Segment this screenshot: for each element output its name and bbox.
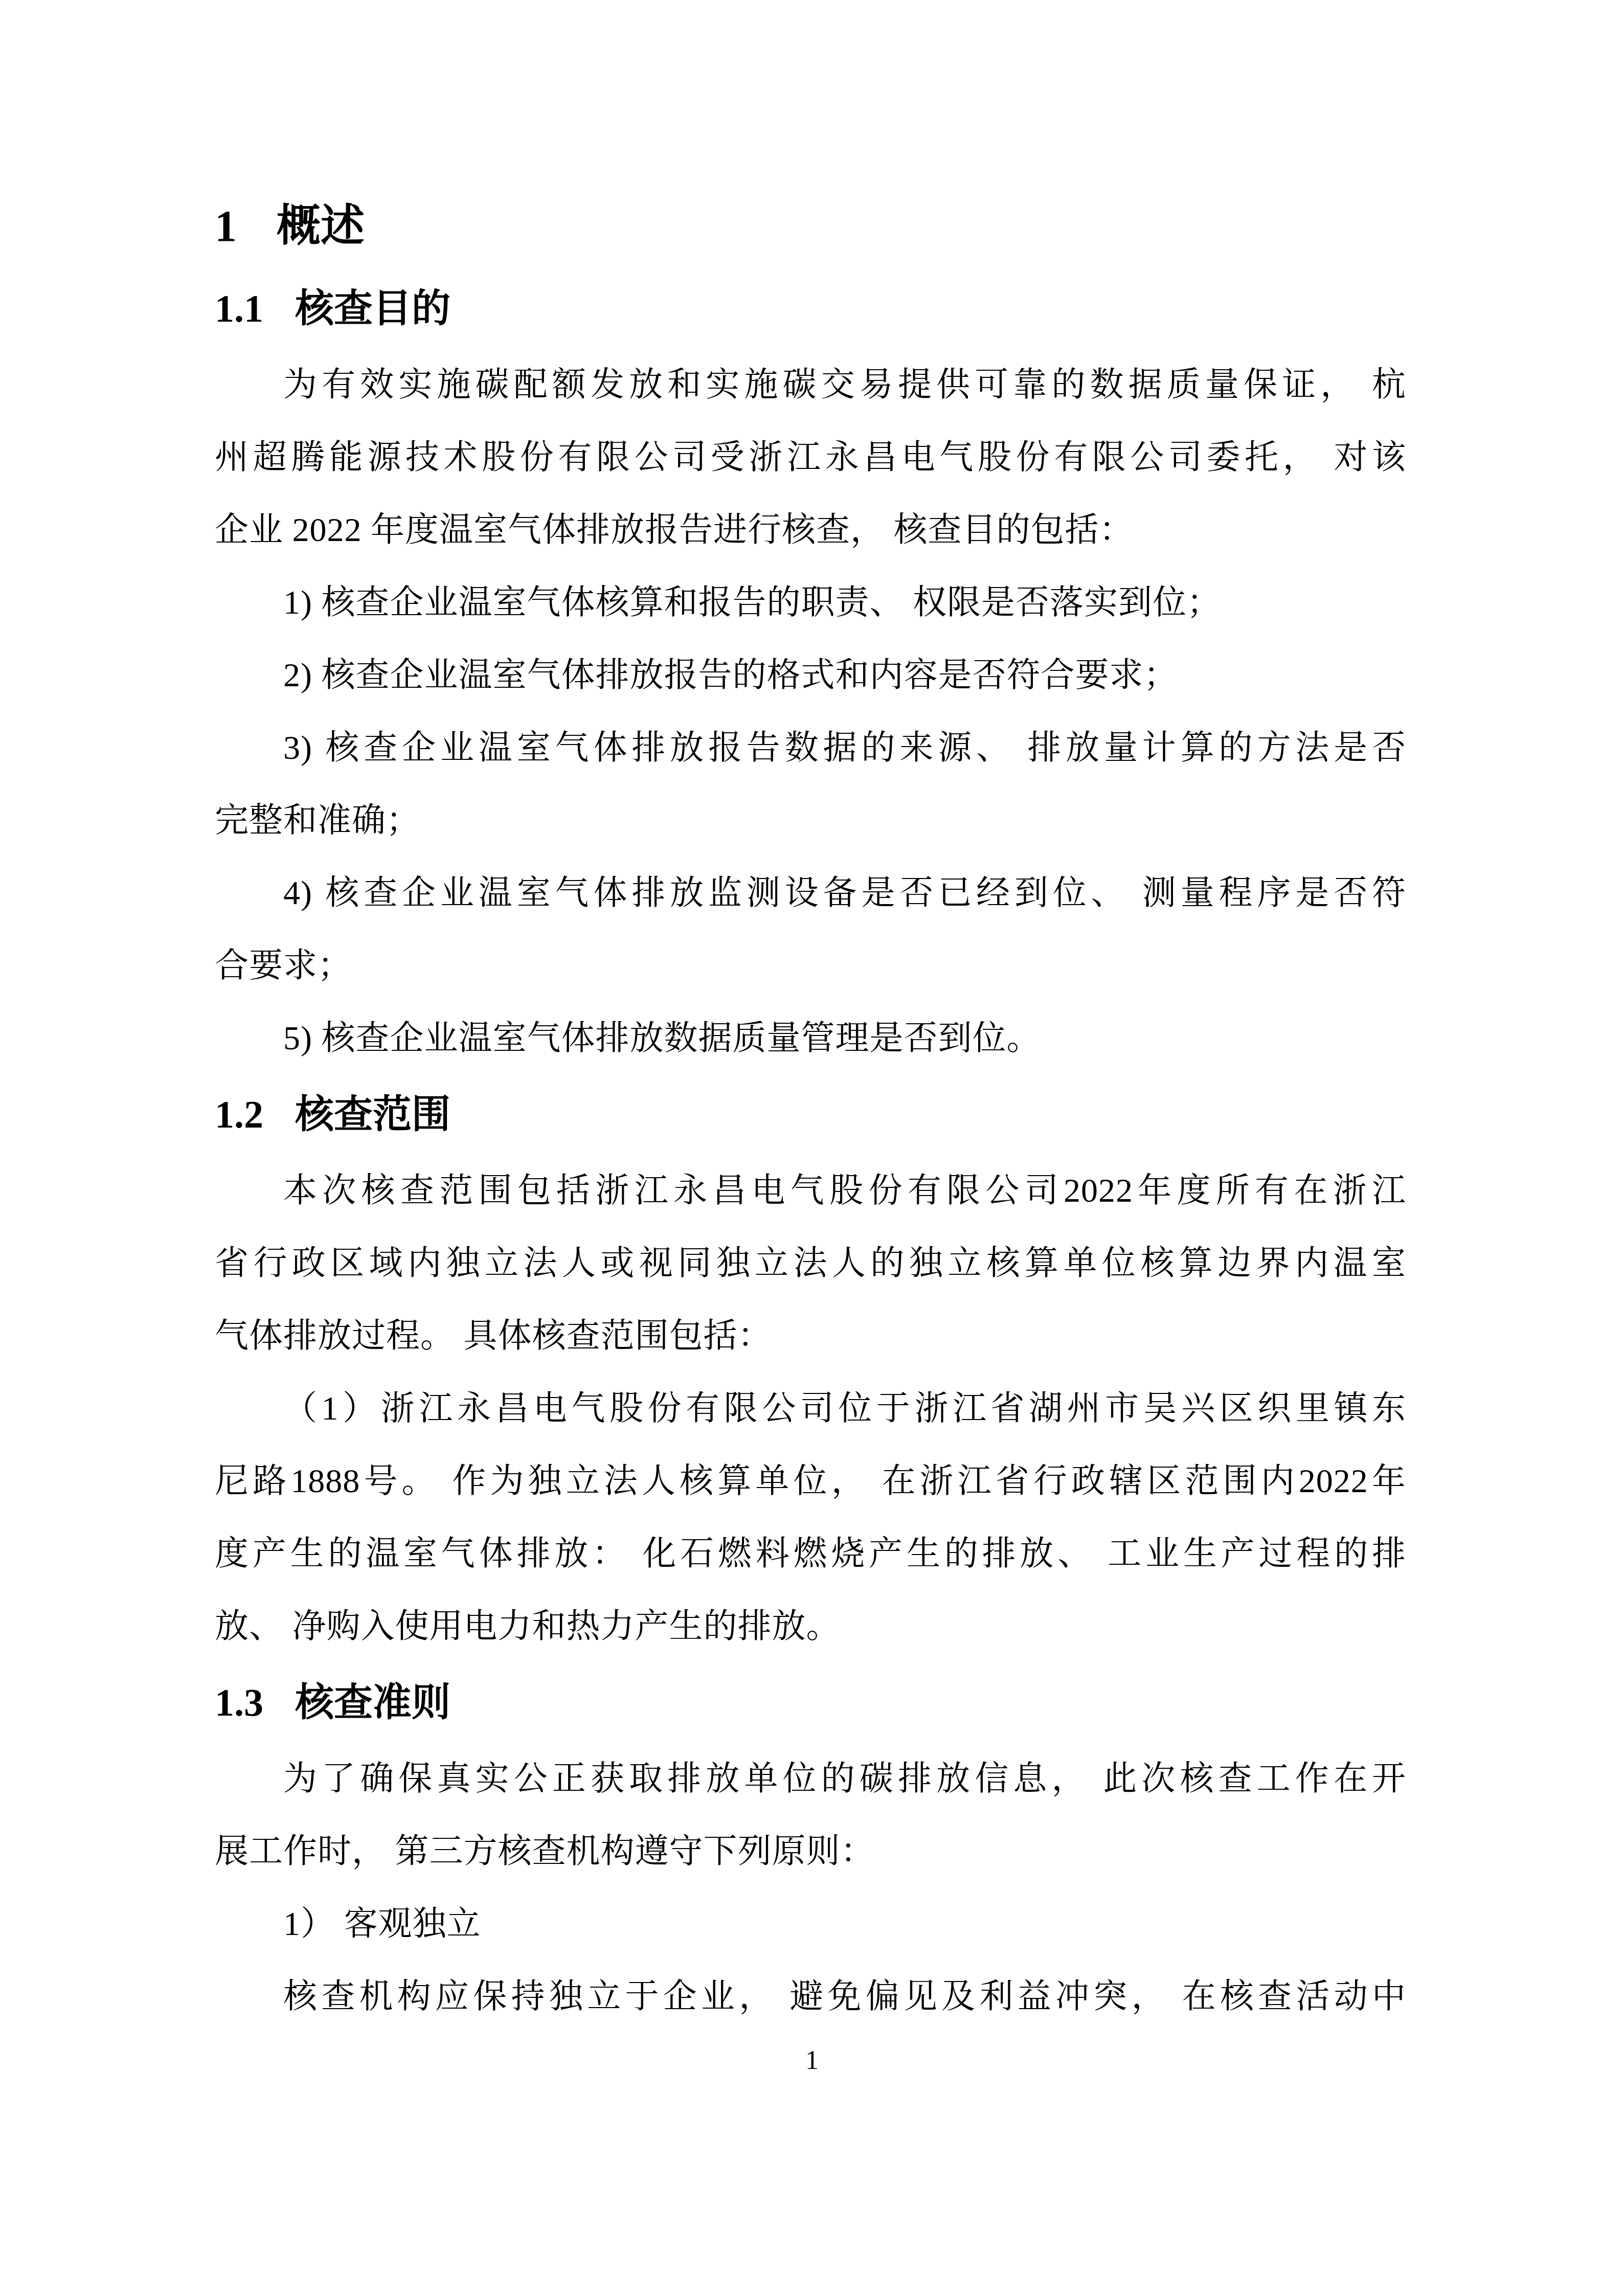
section-1-2-title: 核查范围	[295, 1093, 450, 1136]
body-line: 度产生的温室气体排放： 化石燃料燃烧产生的排放、 工业生产过程的排	[215, 1518, 1406, 1590]
document-page: 1概述 1.1核查目的 为有效实施碳配额发放和实施碳交易提供可靠的数据质量保证，…	[0, 0, 1624, 2296]
page-number: 1	[0, 2043, 1624, 2079]
chapter-number: 1	[215, 183, 237, 269]
document-content: 1概述 1.1核查目的 为有效实施碳配额发放和实施碳交易提供可靠的数据质量保证，…	[215, 183, 1406, 2033]
body-line: 1) 核查企业温室气体核算和报告的职责、 权限是否落实到位；	[215, 567, 1406, 639]
body-line: 3) 核查企业温室气体排放报告数据的来源、 排放量计算的方法是否	[215, 712, 1406, 784]
section-1-2-number: 1.2	[215, 1075, 263, 1155]
section-heading-1-2: 1.2核查范围	[215, 1075, 1406, 1155]
body-line: （1）浙江永昌电气股份有限公司位于浙江省湖州市吴兴区织里镇东	[215, 1372, 1406, 1445]
section-1-3-title: 核查准则	[295, 1681, 450, 1724]
body-line: 本次核查范围包括浙江永昌电气股份有限公司2022年度所有在浙江	[215, 1155, 1406, 1227]
body-line: 州超腾能源技术股份有限公司受浙江永昌电气股份有限公司委托， 对该	[215, 421, 1406, 494]
chapter-heading: 1概述	[215, 183, 1406, 269]
body-line: 气体排放过程。 具体核查范围包括：	[215, 1300, 1406, 1372]
body-line: 1） 客观独立	[215, 1888, 1406, 1961]
body-line: 5) 核查企业温室气体排放数据质量管理是否到位。	[215, 1002, 1406, 1075]
chapter-title: 概述	[277, 201, 365, 251]
section-1-1-number: 1.1	[215, 269, 263, 349]
body-line: 4) 核查企业温室气体排放监测设备是否已经到位、 测量程序是否符	[215, 857, 1406, 930]
body-line: 完整和准确；	[215, 784, 1406, 857]
section-1-3-number: 1.3	[215, 1663, 263, 1743]
body-line: 放、 净购入使用电力和热力产生的排放。	[215, 1590, 1406, 1663]
body-line: 为了确保真实公正获取排放单位的碳排放信息， 此次核查工作在开	[215, 1743, 1406, 1815]
section-heading-1-3: 1.3核查准则	[215, 1663, 1406, 1743]
body-line: 省行政区域内独立法人或视同独立法人的独立核算单位核算边界内温室	[215, 1227, 1406, 1300]
body-line: 核查机构应保持独立于企业， 避免偏见及利益冲突， 在核查活动中	[215, 1961, 1406, 2033]
body-line: 企业 2022 年度温室气体排放报告进行核查， 核查目的包括：	[215, 494, 1406, 567]
body-line: 合要求；	[215, 930, 1406, 1002]
section-heading-1-1: 1.1核查目的	[215, 269, 1406, 349]
body-line: 尼路1888号。 作为独立法人核算单位， 在浙江省行政辖区范围内2022年	[215, 1445, 1406, 1518]
section-1-1-title: 核查目的	[295, 287, 450, 330]
body-line: 为有效实施碳配额发放和实施碳交易提供可靠的数据质量保证， 杭	[215, 349, 1406, 421]
body-line: 展工作时， 第三方核查机构遵守下列原则：	[215, 1815, 1406, 1888]
body-line: 2) 核查企业温室气体排放报告的格式和内容是否符合要求；	[215, 639, 1406, 712]
